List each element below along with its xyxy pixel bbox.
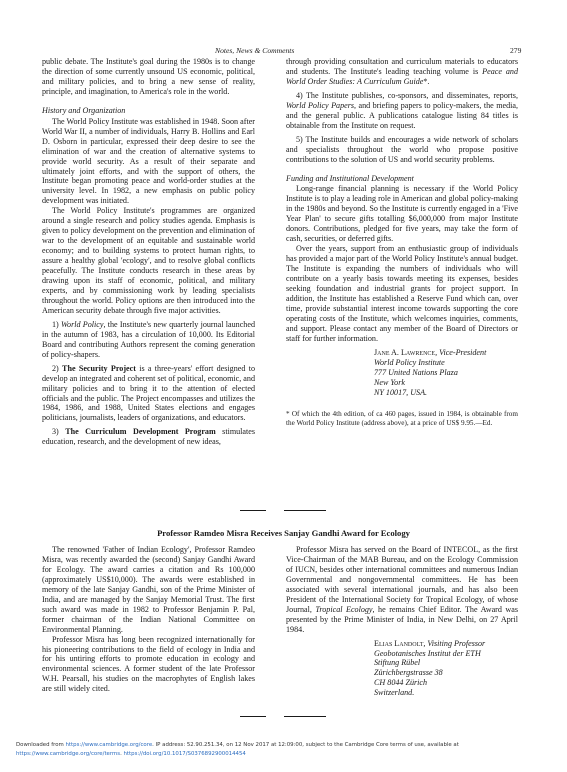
author-title: , Visiting Professor [423, 639, 485, 648]
list-item-2: 2) The Security Project is a three-years… [42, 364, 255, 424]
article2-left-column: The renowned 'Father of Indian Ecology',… [42, 545, 255, 694]
item-text: The Institute publishes, co-sponsors, an… [306, 91, 518, 100]
item-number: 5) [296, 135, 303, 144]
section-heading-history: History and Organization [42, 106, 255, 116]
item-title: The Curriculum Development Program [65, 427, 216, 436]
cambridge-core-link[interactable]: https://www.cambridge.org/core [66, 742, 153, 748]
running-title: Notes, News & Comments [215, 46, 294, 55]
address-line: Zürichbergstrasse 38 [374, 668, 518, 678]
author-name: Jane A. Lawrence [374, 348, 435, 357]
list-item-3: 3) The Curriculum Development Program st… [42, 427, 255, 447]
address-line: CH 8044 Zürich [374, 678, 518, 688]
item-text: The Institute builds and encourages a wi… [286, 135, 518, 164]
section-heading-funding: Funding and Institutional Development [286, 174, 518, 184]
item-number: 4) [296, 91, 303, 100]
author-title: , Vice-President [435, 348, 486, 357]
address-line: Switzerland. [374, 688, 518, 698]
journal-title: Tropical Ecology [315, 605, 372, 614]
address-line: Geobotanisches Institut der ETH [374, 649, 518, 659]
paragraph: The renowned 'Father of Indian Ecology',… [42, 545, 255, 635]
signature-block: Jane A. Lawrence, Vice-President World P… [374, 348, 518, 398]
list-item-4: 4) The Institute publishes, co-sponsors,… [286, 91, 518, 131]
text: Professor Misra has served on the Board … [286, 545, 518, 614]
address-line: World Policy Institute [374, 358, 518, 368]
paragraph: public debate. The Institute's goal duri… [42, 57, 255, 97]
list-item-5: 5) The Institute builds and encourages a… [286, 135, 518, 165]
article1-left-column: public debate. The Institute's goal duri… [42, 57, 255, 447]
item-number: 2) [52, 364, 59, 373]
notice-text: . IP address: 52.90.251.34, on 12 Nov 20… [152, 742, 459, 748]
address-line: NY 10017, USA. [374, 388, 518, 398]
page-number: 279 [510, 46, 521, 55]
item-title: World Policy [61, 320, 103, 329]
separator-rule [284, 716, 326, 717]
item-number: 1) [52, 320, 59, 329]
paragraph: The World Policy Institute's programmes … [42, 206, 255, 315]
paragraph: Long-range financial planning is necessa… [286, 184, 518, 244]
address-line: Stiftung Rübel [374, 658, 518, 668]
paragraph: Professor Misra has long been recognized… [42, 635, 255, 695]
item-title: The Security Project [62, 364, 136, 373]
article1-right-column: through providing consultation and curri… [286, 57, 518, 428]
item-title: World Policy Papers [286, 101, 354, 110]
download-notice: Downloaded from https://www.cambridge.or… [16, 741, 546, 758]
footnote-marker: *. [423, 77, 429, 86]
separator-rule [284, 510, 326, 511]
signature-block: Elias Landolt, Visiting Professor Geobot… [374, 639, 518, 699]
paragraph: through providing consultation and curri… [286, 57, 518, 87]
terms-link[interactable]: https://www.cambridge.org/core/terms [16, 751, 120, 757]
article-title: Professor Ramdeo Misra Receives Sanjay G… [0, 528, 567, 538]
paragraph: Over the years, support from an enthusia… [286, 244, 518, 344]
separator-rule [240, 510, 266, 511]
footnote: * Of which the 4th edition, of ca 460 pa… [286, 410, 518, 428]
author-name: Elias Landolt [374, 639, 423, 648]
item-number: 3) [52, 427, 59, 436]
paragraph: The World Policy Institute was establish… [42, 117, 255, 207]
paragraph: Professor Misra has served on the Board … [286, 545, 518, 635]
address-line: 777 United Nations Plaza [374, 368, 518, 378]
doi-link[interactable]: https://doi.org/10.1017/S037689290001445… [124, 751, 246, 757]
article2-right-column: Professor Misra has served on the Board … [286, 545, 518, 698]
address-line: New York [374, 378, 518, 388]
notice-text: Downloaded from [16, 742, 66, 748]
separator-rule [240, 716, 266, 717]
list-item-1: 1) World Policy, the Institute's new qua… [42, 320, 255, 360]
